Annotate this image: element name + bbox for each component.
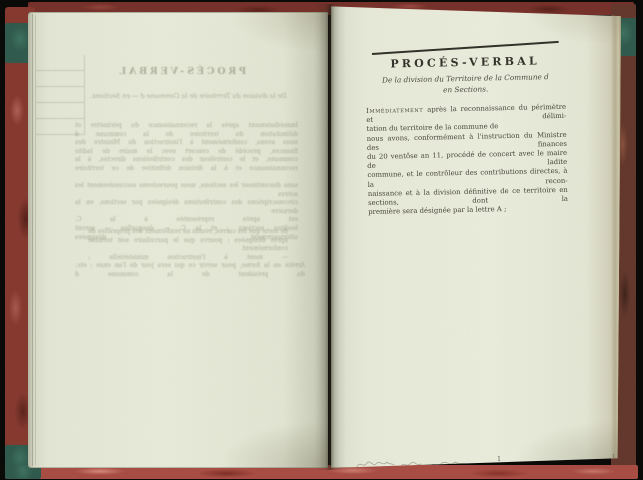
printed-text-block: PROCÉS-VERBAL De la division du Territoi… <box>365 54 568 218</box>
page-stack-edge-line <box>32 14 33 466</box>
ghost-paragraph-bleedthrough: Immédiatement après la reconnaissance du… <box>75 122 298 174</box>
ghost-text-line: circonscriptions des contributions désig… <box>75 199 298 216</box>
ghost-text-line: commune, et le contrôleur des contributi… <box>75 156 298 165</box>
ghost-text-line: Immédiatement après la reconnaissance du… <box>75 122 298 131</box>
ghost-text-line: nous avons, conformément à l'instruction… <box>75 139 298 148</box>
ghost-text-line: reconnaissance et à la division définiti… <box>75 165 298 174</box>
title-rule <box>372 41 559 55</box>
right-page: PROCÉS-VERBAL De la division du Territoi… <box>331 5 621 468</box>
ghost-text-line: sans discontinuer les sections, nous pou… <box>75 182 298 199</box>
page-number: 1 <box>497 455 501 463</box>
ghost-text-line: Arrêté en la forme, pour servir ce qui s… <box>75 262 305 271</box>
ghost-text-line: de sorte que les carrés, réunis ne renfe… <box>88 228 288 237</box>
ghost-text-line: du président de la commune d <box>75 271 305 280</box>
page-title: PROCÉS-VERBAL <box>365 54 565 71</box>
ghost-text-line: est après représentée à la C. <box>75 216 298 225</box>
ghost-text-line: après désignées ; pourvu que le parcella… <box>88 237 288 254</box>
left-page: PROCÉS-VERBAL De la division du Territoi… <box>28 12 328 468</box>
ghost-paragraph-bleedthrough: de sorte que les carrés, réunis ne renfe… <box>88 228 288 262</box>
gutter-line <box>329 8 331 466</box>
subtitle-line: en Sections. <box>366 83 566 96</box>
ghost-paragraph-bleedthrough: Arrêté en la forme, pour servir ce qui s… <box>75 262 305 279</box>
ghost-subtitle-bleedthrough: De la division du Territoire de la Commu… <box>90 92 287 100</box>
ghost-text-line: délimitation du territoire de la commune… <box>75 131 298 140</box>
ghost-text-line: finances, procédé de concert avec le mai… <box>75 148 298 157</box>
ghost-title-bleedthrough: PROCÉS-VERBAL <box>110 66 253 77</box>
scanned-book-spread: PROCÉS-VERBAL De la division du Territoi… <box>0 0 643 480</box>
body-paragraph: Immédiatement après la reconnaissance du… <box>366 103 568 218</box>
paragraph-lead-word: Immédiatement <box>366 106 423 115</box>
